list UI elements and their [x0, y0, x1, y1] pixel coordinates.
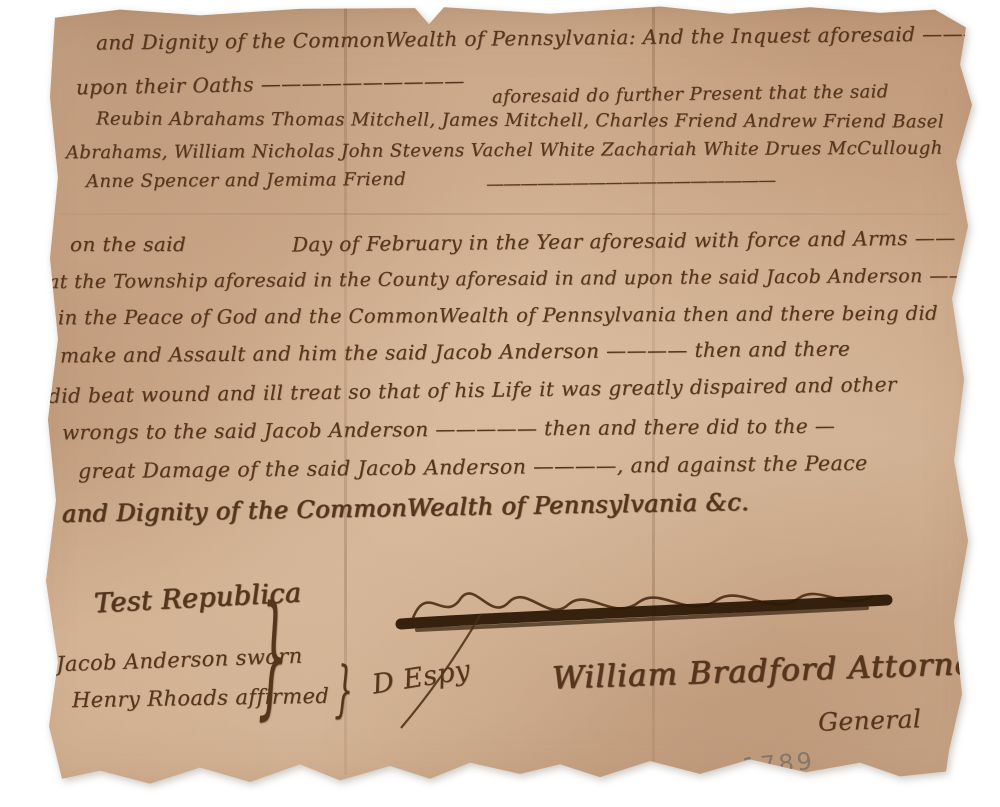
line-beat-wound-illtreat: did beat wound and ill treat so that of … — [48, 372, 897, 408]
line-great-damage: great Damage of the said Jacob Anderson … — [78, 451, 868, 483]
line-peace-of-god: in the Peace of God and the CommonWealth… — [58, 302, 938, 330]
line-dignity-commonwealth: and Dignity of the CommonWealth of Penns… — [96, 21, 984, 54]
document-photo: and Dignity of the CommonWealth of Penns… — [0, 0, 1000, 807]
paper-wrapper: and Dignity of the CommonWealth of Penns… — [0, 0, 1000, 807]
line-jurors-names-1: Reubin Abrahams Thomas Mitchell, James M… — [96, 109, 944, 133]
rule-dash-after-names: ————————————————— — [486, 170, 775, 195]
brace-glyph: } — [258, 576, 288, 733]
line-day-of-february: Day of February in the Year aforesaid wi… — [292, 226, 956, 257]
line-do-further-present: aforesaid do further Present that the sa… — [492, 81, 889, 108]
pencil-year-annotation: 1789 — [741, 747, 816, 781]
line-jurors-names-2: Abrahams, William Nicholas John Stevens … — [66, 138, 943, 164]
small-brace-glyph: } — [334, 652, 354, 727]
line-jurors-names-3: Anne Spencer and Jemima Friend — [86, 169, 406, 192]
affirmed-caption: Henry Rhoads affirmed — [72, 684, 330, 712]
attorney-general-title: General — [818, 704, 922, 737]
horizontal-fold-crease — [60, 213, 950, 215]
paper-sheet: and Dignity of the CommonWealth of Penns… — [0, 0, 1000, 807]
line-township-county: at the Township aforesaid in the County … — [48, 265, 968, 293]
line-make-assault: make and Assault and him the said Jacob … — [60, 337, 850, 368]
line-wrongs-to-said: wrongs to the said Jacob Anderson ————— … — [62, 414, 835, 445]
line-dignity-closing: and Dignity of the CommonWealth of Penns… — [62, 488, 750, 528]
line-upon-their-oaths: upon their Oaths —————————— — [76, 69, 465, 100]
line-on-the-said: on the said — [70, 232, 186, 256]
